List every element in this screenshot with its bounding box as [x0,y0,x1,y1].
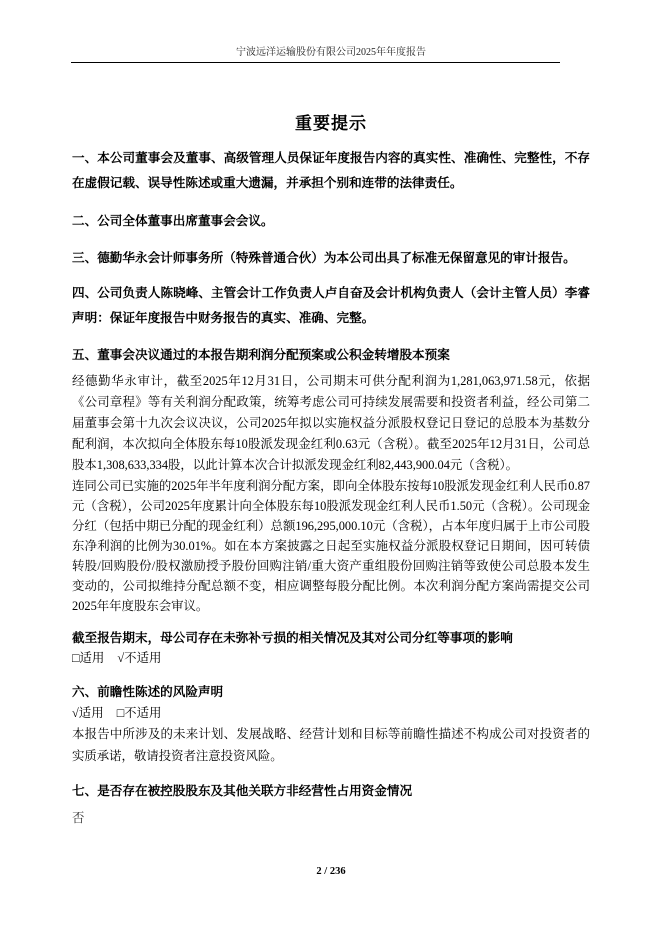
uncovered-loss-applicability: □适用 √不适用 [72,648,590,668]
page-title: 重要提示 [72,111,590,137]
notice-item-7-heading: 七、是否存在被控股股东及其他关联方非经营性占用资金情况 [72,780,590,802]
notice-item-6-heading: 六、前瞻性陈述的风险声明 [72,682,590,702]
uncovered-loss-heading: 截至报告期末，母公司存在未弥补亏损的相关情况及其对公司分红等事项的影响 [72,628,590,648]
forward-statement-paragraph: 本报告中所涉及的未来计划、发展战略、经营计划和目标等前瞻性描述不构成公司对投资者… [72,723,590,767]
profit-distribution-paragraph-2: 连同公司已实施的2025年半年度利润分配方案，即向全体股东按每10股派发现金红利… [72,476,590,616]
notice-item-2: 二、公司全体董事出席董事会会议。 [72,209,590,234]
checkbox-applicable-unchecked: □适用 [72,651,104,665]
profit-distribution-paragraph-1: 经德勤华永审计，截至2025年12月31日，公司期末可供分配利润为1,281,0… [72,371,590,476]
report-page: 宁波远洋运输股份有限公司2025年年度报告 重要提示 一、本公司董事会及董事、高… [0,0,662,936]
page-content: 重要提示 一、本公司董事会及董事、高级管理人员保证年度报告内容的真实性、准确性、… [0,111,662,829]
notice-item-1: 一、本公司董事会及董事、高级管理人员保证年度报告内容的真实性、准确性、完整性，不… [72,146,590,196]
running-header: 宁波远洋运输股份有限公司2025年年度报告 [0,0,662,60]
notice-item-5-heading: 五、董事会决议通过的本报告期利润分配预案或公积金转增股本预案 [72,343,590,368]
page-number: 2 / 236 [0,866,662,877]
checkbox-applicable-checked: √适用 [72,706,104,720]
notice-item-4: 四、公司负责人陈晓峰、主管会计工作负责人卢自奋及会计机构负责人（会计主管人员）李… [72,281,590,331]
checkbox-not-applicable-unchecked: □不适用 [117,706,162,720]
notice-item-3: 三、德勤华永会计师事务所（特殊普通合伙）为本公司出具了标准无保留意见的审计报告。 [72,246,590,271]
forward-statement-applicability: √适用 □不适用 [72,703,590,723]
notice-item-7-answer: 否 [72,807,590,829]
checkbox-not-applicable-checked: √不适用 [117,651,161,665]
header-divider [71,62,560,63]
